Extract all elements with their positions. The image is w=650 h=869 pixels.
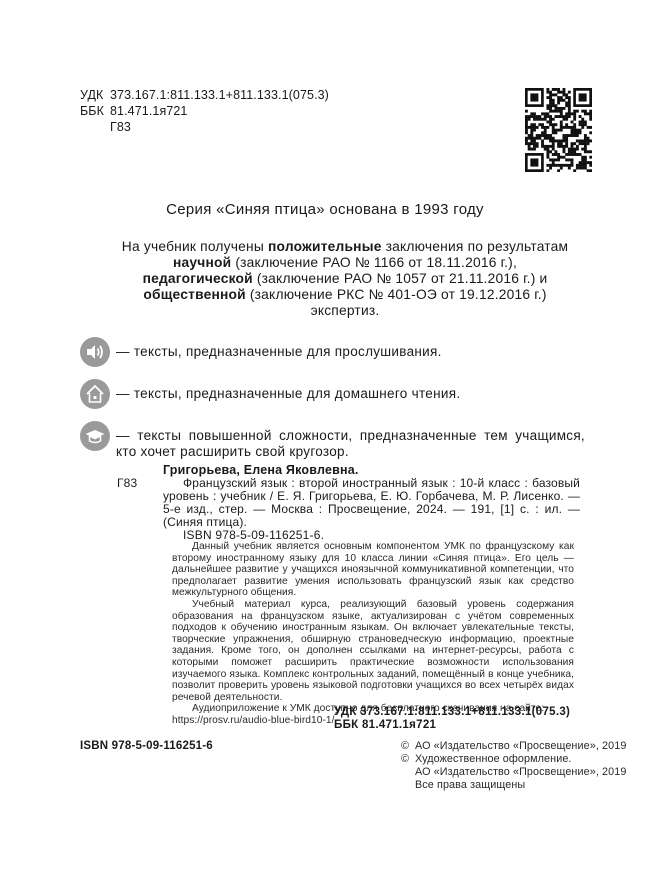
icon-legend: — тексты, предназначенные для прослушива… (80, 337, 585, 472)
approval-bold: общественной (143, 287, 245, 302)
legend-text: — тексты повышенной сложности, предназна… (110, 421, 585, 460)
legend-item-audio: — тексты, предназначенные для прослушива… (80, 337, 585, 367)
legend-item-home: — тексты, предназначенные для домашнего … (80, 379, 585, 409)
copyright-icon: © (401, 753, 415, 766)
bbk-label: ББК (80, 103, 110, 119)
bbk-value: 81.471.1я721 (110, 104, 187, 118)
approval-text: (заключение РАО № 1057 от 21.11.2016 г.)… (253, 271, 548, 286)
legend-text: — тексты, предназначенные для прослушива… (110, 337, 442, 360)
approval-bold: педагогической (143, 271, 253, 286)
qr-code-icon[interactable] (525, 88, 592, 172)
approval-text: (заключение РАО № 1166 от 18.11.2016 г.)… (231, 255, 517, 270)
author-mark-code: Г83 (117, 477, 137, 490)
legend-item-advanced: — тексты повышенной сложности, предназна… (80, 421, 585, 460)
series-note: Серия «Синяя птица» основана в 1993 году (0, 201, 650, 218)
bbk-bottom: ББК 81.471.1я721 (334, 719, 570, 732)
copyright-block: ©АО «Издательство «Просвещение», 2019 ©Х… (401, 740, 626, 792)
approval-bold: положительные (268, 239, 382, 254)
udk-value: 373.167.1:811.133.1+811.133.1(075.3) (110, 88, 329, 102)
annotation-paragraph: Учебный материал курса, реализующий базо… (172, 599, 574, 703)
isbn-bottom: ISBN 978-5-09-116251-6 (80, 740, 213, 752)
udk-row: УДК373.167.1:811.133.1+811.133.1(075.3) (80, 87, 329, 103)
bibliographic-description: Г83 Французский язык : второй иностранны… (80, 477, 580, 529)
approval-bold: научной (173, 255, 231, 270)
classification-block-bottom: УДК 373.167.1:811.133.1+811.133.1(075.3)… (334, 706, 570, 732)
annotation: Данный учебник является основным компоне… (172, 541, 574, 727)
copyright-line: АО «Издательство «Просвещение», 2019 (401, 766, 626, 779)
approval-note: На учебник получены положительные заключ… (110, 239, 580, 319)
approval-text: (заключение РКС № 401-ОЭ от 19.12.2016 г… (246, 287, 547, 318)
approval-text: заключения по результатам (382, 239, 569, 254)
copyright-icon: © (401, 740, 415, 753)
graduation-cap-icon (80, 421, 110, 451)
speaker-icon (80, 337, 110, 367)
bbk-row: ББК81.471.1я721 (80, 103, 329, 119)
description-text: Французский язык : второй иностранный яз… (163, 477, 580, 529)
udk-bottom: УДК 373.167.1:811.133.1+811.133.1(075.3) (334, 706, 570, 719)
author-mark: Г83 (80, 119, 329, 135)
house-icon (80, 379, 110, 409)
approval-text: На учебник получены (122, 239, 268, 254)
bibliographic-record: Григорьева, Елена Яковлевна. Г83 Француз… (80, 464, 580, 542)
udk-label: УДК (80, 87, 110, 103)
copyright-line: Все права защищены (401, 779, 626, 792)
copyright-line: АО «Издательство «Просвещение», 2019 (415, 740, 626, 752)
classification-block-top: УДК373.167.1:811.133.1+811.133.1(075.3) … (80, 87, 329, 135)
legend-text: — тексты, предназначенные для домашнего … (110, 379, 460, 402)
annotation-paragraph: Данный учебник является основным компоне… (172, 541, 574, 599)
copyright-line: Художественное оформление. (415, 753, 572, 765)
